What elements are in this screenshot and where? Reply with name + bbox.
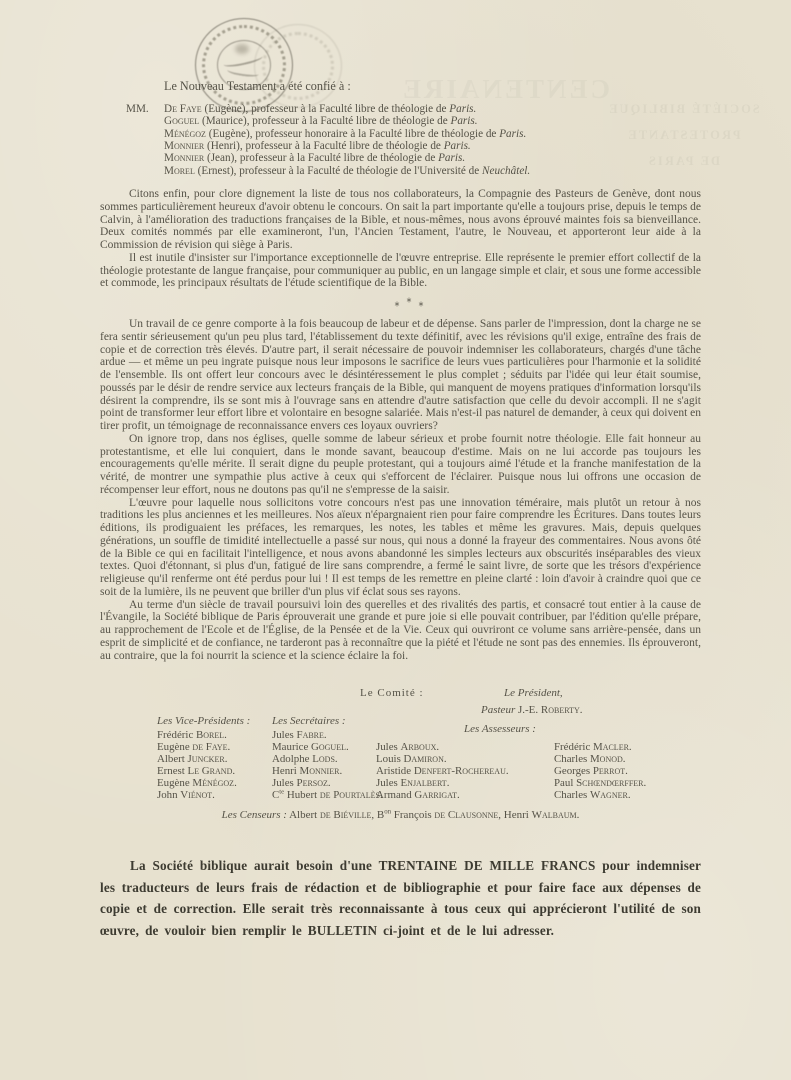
text-segment: de Biéville: [320, 809, 371, 821]
professor-entry: Morel (Ernest), professeur à la Faculté …: [100, 165, 701, 177]
president-name: Pasteur J.-E. Roberty.: [481, 704, 583, 716]
person-name: John Viénot.: [157, 790, 237, 802]
text-segment: Denfert-Rochereau: [414, 765, 506, 777]
text-segment: Paris.: [444, 140, 471, 152]
text-segment: Fabre: [297, 729, 324, 741]
text-segment: Monnier: [164, 140, 204, 152]
text-segment: Les Censeurs :: [222, 809, 287, 821]
text-segment: Viénot: [180, 789, 212, 801]
assessors-column-1: Jules Arboux.Louis Damiron.Aristide Denf…: [376, 742, 509, 801]
secretaries-column: Jules Fabre.Maurice Goguel.Adolphe Lods.…: [272, 730, 383, 801]
text-segment: Lods: [312, 753, 335, 765]
text-segment: de Faye: [192, 741, 227, 753]
assessors-label: Les Assesseurs :: [464, 723, 536, 735]
text-segment: Monod: [590, 753, 623, 765]
funding-appeal-paragraph: La Société biblique aurait besoin d'une …: [100, 855, 701, 941]
text-segment: Roberty: [541, 704, 580, 716]
committee-block: Le Comité : Le Président, Pasteur J.-E. …: [100, 684, 701, 801]
text-segment: Monnier: [300, 765, 340, 777]
person-name: Cte Hubert de Pourtalès.: [272, 790, 383, 802]
paragraph: Un travail de ce genre comporte à la foi…: [100, 318, 701, 433]
text-segment: te: [279, 788, 284, 795]
text-segment: Perrot: [593, 765, 625, 777]
text-segment: Paris.: [449, 103, 476, 115]
asterisk-icon: ⁎: [395, 298, 407, 309]
professor-entry: Goguel (Maurice), professeur à la Facult…: [100, 115, 701, 127]
text-segment: Paris.: [499, 128, 526, 140]
asterisk-icon: ⁎: [407, 294, 419, 305]
text-segment: Macler: [593, 741, 629, 753]
paragraph-block-top: Citons enfin, pour clore dignement la li…: [100, 188, 701, 290]
text-segment: De Faye: [164, 103, 202, 115]
scanned-document-page: CENTENAIRE SOCIÉTÉ BIBLIQUE PROTESTANTE …: [0, 0, 791, 1080]
text-segment: Garrigat: [414, 789, 457, 801]
professor-entry: Monnier (Henri), professeur à la Faculté…: [100, 140, 701, 152]
text-segment: Arboux: [401, 741, 437, 753]
text-segment: on: [384, 809, 391, 816]
text-segment: Walbaum: [532, 809, 577, 821]
text-segment: Damiron: [404, 753, 444, 765]
text-segment: Morel: [164, 165, 195, 177]
text-segment: Borel: [196, 729, 224, 741]
paragraph-block-main: Un travail de ce genre comporte à la foi…: [100, 318, 701, 662]
censors-line: Les Censeurs : Albert de Biéville, Bon F…: [100, 809, 701, 821]
text-segment: Goguel: [164, 115, 199, 127]
list-label: MM.: [126, 103, 149, 115]
text-segment: Pasteur: [481, 704, 515, 716]
text-segment: Monnier: [164, 152, 204, 164]
text-segment: Persoz: [297, 777, 328, 789]
text-segment: Le Grand: [188, 765, 233, 777]
paragraph: L'œuvre pour laquelle nous sollicitons v…: [100, 497, 701, 599]
text-segment: Schœndœrffer: [576, 777, 643, 789]
asterisk-icon: ⁎: [419, 298, 431, 309]
paragraph: On ignore trop, dans nos églises, quelle…: [100, 433, 701, 497]
secretaries-label: Les Secrétaires :: [272, 715, 346, 727]
committee-heading: Le Comité :: [360, 687, 424, 699]
text-segment: Ménégoz: [192, 777, 234, 789]
president-label: Le Président,: [504, 687, 563, 699]
document-body: Le Nouveau Testament a été confié à : MM…: [100, 0, 701, 954]
professor-entry: MM.De Faye (Eugène), professeur à la Fac…: [100, 103, 701, 115]
vice-presidents-label: Les Vice-Présidents :: [157, 715, 250, 727]
text-segment: de Clausonne: [434, 809, 498, 821]
section-intro-line: Le Nouveau Testament a été confié à :: [164, 79, 701, 94]
text-segment: Paris.: [438, 152, 465, 164]
text-segment: de Pourtalès: [320, 789, 380, 801]
text-segment: Ménégoz: [164, 128, 206, 140]
person-name: Charles Wagner.: [554, 790, 646, 802]
asterism-divider: ⁎⁎⁎: [124, 298, 701, 309]
paragraph: Citons enfin, pour clore dignement la li…: [100, 188, 701, 252]
professors-list: MM.De Faye (Eugène), professeur à la Fac…: [100, 103, 701, 177]
text-segment: Goguel: [311, 741, 346, 753]
professor-entry: Ménégoz (Eugène), professeur honoraire à…: [100, 128, 701, 140]
vice-presidents-column: Frédéric Borel.Eugène de Faye.Albert Jun…: [157, 730, 237, 801]
assessors-column-2: Frédéric Macler.Charles Monod.Georges Pe…: [554, 742, 646, 801]
text-segment: Paris.: [451, 115, 478, 127]
paragraph: Au terme d'un siècle de travail poursuiv…: [100, 599, 701, 663]
text-segment: Enjalbert: [401, 777, 447, 789]
professor-entry: Monnier (Jean), professeur à la Faculté …: [100, 152, 701, 164]
person-name: Armand Garrigat.: [376, 790, 509, 802]
text-segment: Neuchâtel.: [482, 165, 530, 177]
paragraph: Il est inutile d'insister sur l'importan…: [100, 252, 701, 290]
text-segment: Wagner: [590, 789, 628, 801]
text-segment: Juncker: [188, 753, 225, 765]
